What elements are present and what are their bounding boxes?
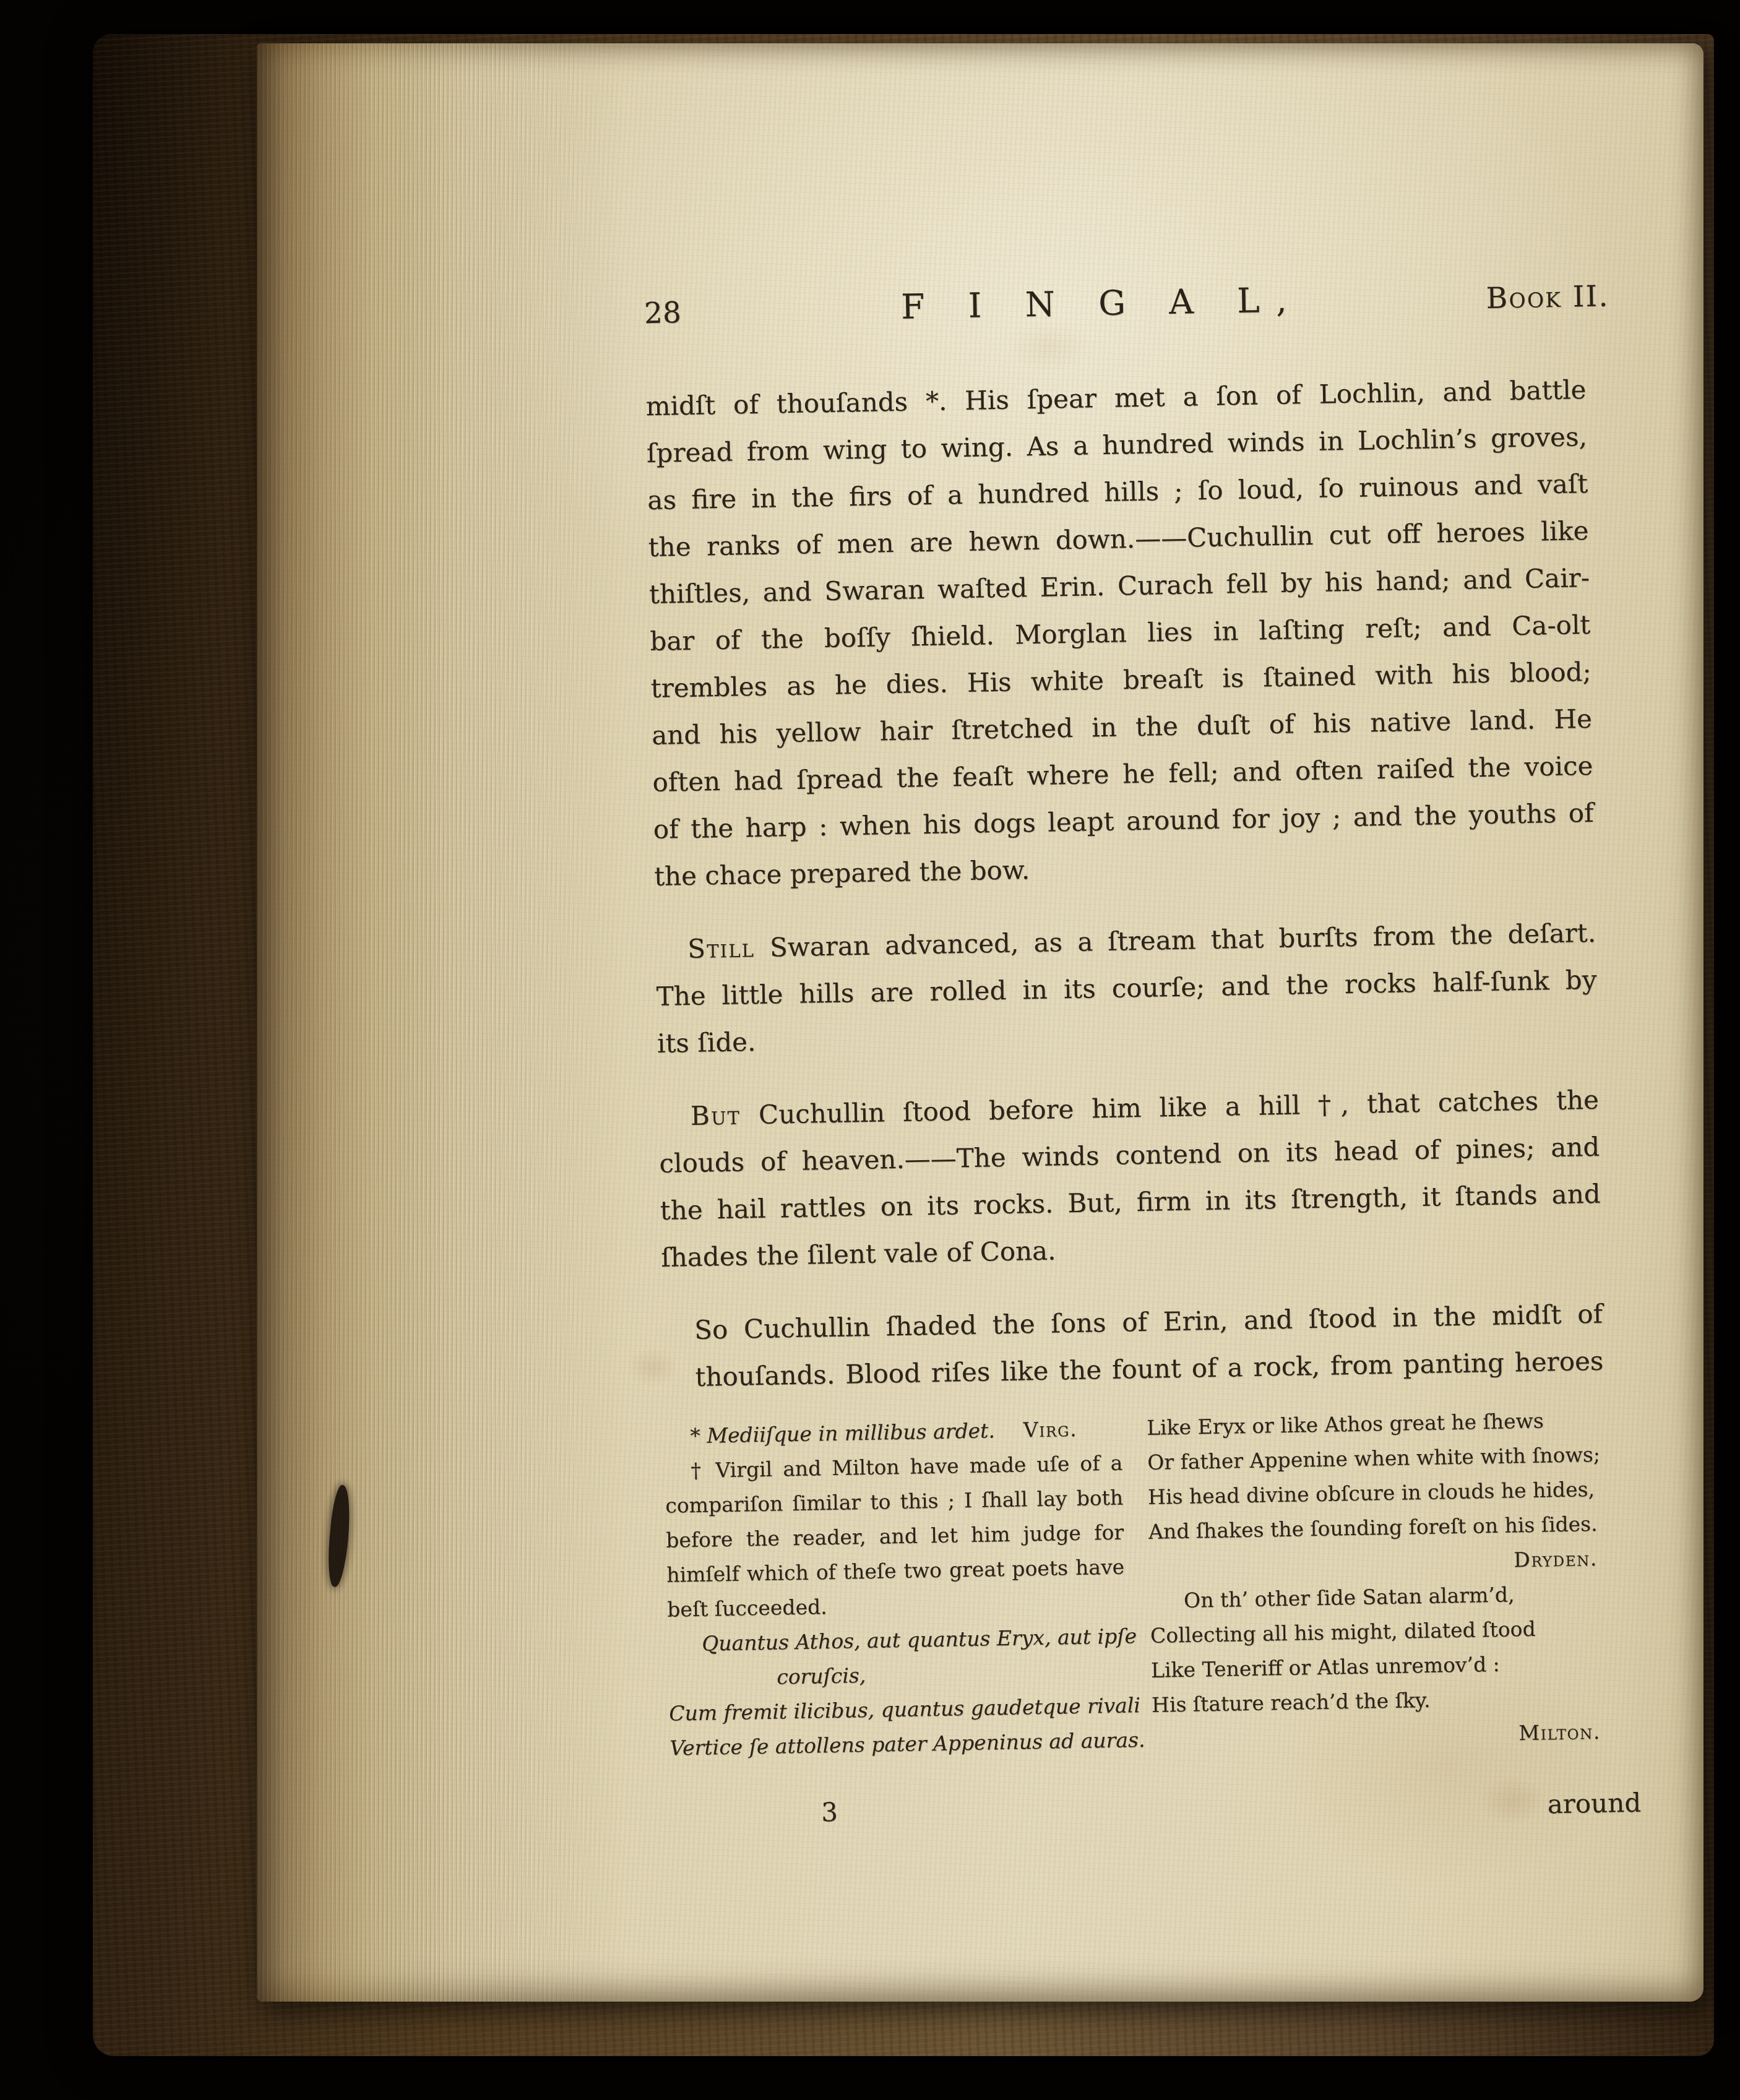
paragraph-3: But Cuchullin ſtood before him like a hi…	[658, 1077, 1601, 1281]
page-number: 28	[644, 296, 681, 330]
small-caps-word: Still	[687, 932, 755, 964]
book-number: Book II.	[1486, 279, 1609, 316]
catchword: around	[671, 1788, 1642, 1835]
footnotes: * Mediiſque in millibus ardet.Virg. † Vi…	[664, 1402, 1635, 1766]
paragraph-2: Still Swaran advanced, as a ſtream that …	[655, 910, 1598, 1067]
attribution: Virg.	[1023, 1417, 1077, 1442]
paragraph-4: So Cuchullin ſhaded the ſons of Erin, an…	[662, 1291, 1604, 1401]
footnote-marker: *	[690, 1424, 707, 1448]
running-header: 28 F I N G A L, Book II.	[644, 274, 1609, 331]
body-text: midſt of thouſands *. His ſpear met a ſo…	[645, 366, 1604, 1401]
line-rest: Swaran advanced, as a ſtream that burſts…	[754, 918, 1596, 963]
small-caps-word: But	[691, 1100, 741, 1131]
footnote-left-column: * Mediiſque in millibus ardet.Virg. † Vi…	[664, 1411, 1128, 1766]
running-title: F I N G A L,	[718, 277, 1486, 330]
printed-area: 28 F I N G A L, Book II. midſt of thouſa…	[240, 30, 1721, 2014]
paragraph-1: midſt of thouſands *. His ſpear met a ſo…	[645, 366, 1595, 900]
latin-quote: Mediiſque in millibus ardet.	[707, 1418, 995, 1447]
footnote-right-column: Like Eryx or like Athos great he ſhews O…	[1147, 1402, 1635, 1757]
book-scan: 28 F I N G A L, Book II. midſt of thouſa…	[0, 0, 1740, 2100]
latin-verse-line: Vertice ſe attollens pater Appeninus ad …	[670, 1723, 1128, 1766]
book-page: 28 F I N G A L, Book II. midſt of thouſa…	[257, 43, 1703, 2002]
spacer	[995, 1437, 1023, 1438]
line-rest: Cuchullin ſtood before him like a hill †…	[741, 1085, 1600, 1130]
